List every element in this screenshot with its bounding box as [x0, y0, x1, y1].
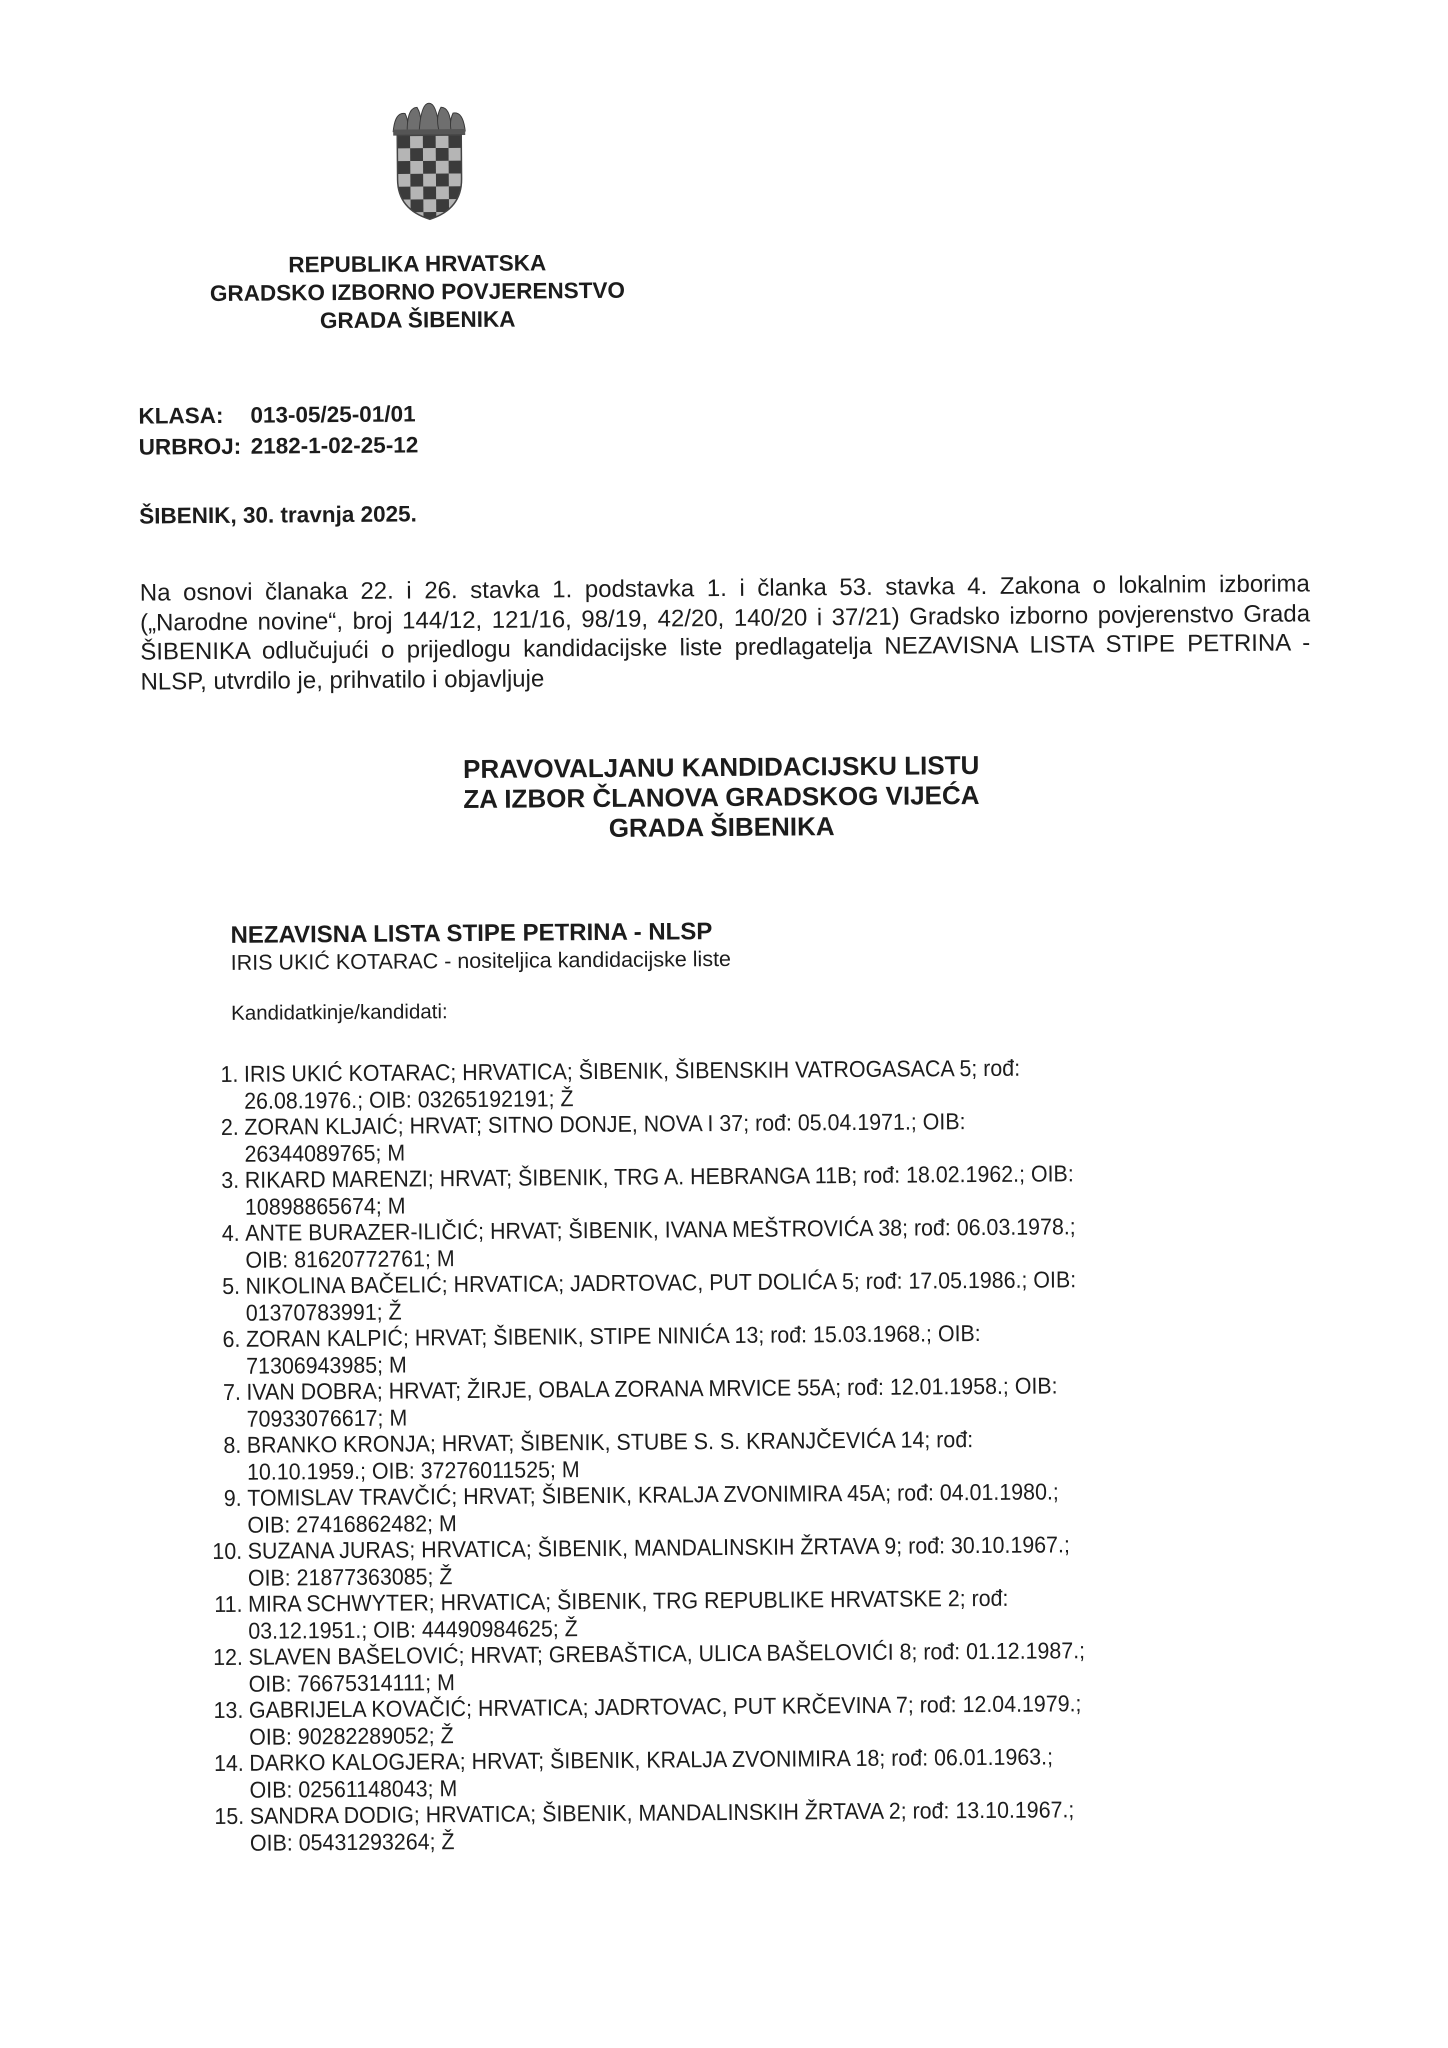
- candidate-number: 15.: [214, 1803, 250, 1856]
- document-reference: KLASA:013-05/25-01/01 URBROJ:2182-1-02-2…: [138, 398, 419, 531]
- candidate-details: RIKARD MARENZI; HRVAT; ŠIBENIK, TRG A. H…: [245, 1159, 1252, 1220]
- place-date: ŠIBENIK, 30. travnja 2025.: [139, 498, 419, 531]
- candidate-number: 8.: [211, 1432, 247, 1485]
- document-page: REPUBLIKA HRVATSKA GRADSKO IZBORNO POVJE…: [0, 0, 1448, 2048]
- candidate-item: 7.IVAN DOBRA; HRVAT; ŽIRJE, OBALA ZORANA…: [211, 1371, 1253, 1432]
- candidate-line-1: ZORAN KALPIĆ; HRVAT; ŠIBENIK, STIPE NINI…: [246, 1320, 981, 1352]
- candidate-number: 13.: [213, 1697, 249, 1750]
- candidate-number: 5.: [210, 1273, 246, 1326]
- candidate-line-1: ZORAN KLJAIĆ; HRVAT; SITNO DONJE, NOVA I…: [244, 1108, 965, 1140]
- candidates-label: Kandidatkinje/kandidati:: [231, 998, 731, 1026]
- candidate-number: 12.: [213, 1644, 249, 1697]
- list-holder: IRIS UKIĆ KOTARAC - nositeljica kandidac…: [231, 946, 731, 976]
- title-line: ZA IZBOR ČLANOVA GRADSKOG VIJEĆA: [381, 779, 1061, 814]
- candidate-number: 11.: [213, 1591, 249, 1644]
- candidate-details: ZORAN KALPIĆ; HRVAT; ŠIBENIK, STIPE NINI…: [246, 1318, 1253, 1379]
- klasa-label: KLASA:: [138, 400, 250, 432]
- candidate-item: 3.RIKARD MARENZI; HRVAT; ŠIBENIK, TRG A.…: [209, 1159, 1251, 1220]
- candidate-line-1: IRIS UKIĆ KOTARAC; HRVATICA; ŠIBENIK, ŠI…: [244, 1055, 1020, 1087]
- urbroj-value: 2182-1-02-25-12: [251, 432, 419, 458]
- header-line: REPUBLIKA HRVATSKA: [177, 249, 657, 281]
- candidate-item: 8.BRANKO KRONJA; HRVAT; ŠIBENIK, STUBE S…: [211, 1424, 1253, 1485]
- candidate-number: 10.: [212, 1538, 248, 1591]
- candidate-line-1: MIRA SCHWYTER; HRVATICA; ŠIBENIK, TRG RE…: [248, 1585, 1008, 1617]
- candidate-line-1: BRANKO KRONJA; HRVAT; ŠIBENIK, STUBE S. …: [247, 1426, 973, 1458]
- candidate-details: MIRA SCHWYTER; HRVATICA; ŠIBENIK, TRG RE…: [248, 1583, 1255, 1644]
- candidate-details: IRIS UKIĆ KOTARAC; HRVATICA; ŠIBENIK, ŠI…: [244, 1053, 1251, 1114]
- candidate-list: 1.IRIS UKIĆ KOTARAC; HRVATICA; ŠIBENIK, …: [208, 1053, 1256, 1856]
- candidate-item: 14.DARKO KALOGJERA; HRVAT; ŠIBENIK, KRAL…: [214, 1742, 1256, 1803]
- candidate-number: 14.: [214, 1750, 250, 1803]
- candidate-item: 2.ZORAN KLJAIĆ; HRVAT; SITNO DONJE, NOVA…: [209, 1106, 1251, 1167]
- candidate-details: IVAN DOBRA; HRVAT; ŽIRJE, OBALA ZORANA M…: [246, 1371, 1253, 1432]
- title-line: GRADA ŠIBENIKA: [382, 809, 1062, 844]
- candidate-details: ANTE BURAZER-ILIČIĆ; HRVAT; ŠIBENIK, IVA…: [245, 1212, 1252, 1273]
- candidate-number: 7.: [211, 1379, 247, 1432]
- candidate-item: 13.GABRIJELA KOVAČIĆ; HRVATICA; JADRTOVA…: [213, 1689, 1255, 1750]
- candidate-list-header: NEZAVISNA LISTA STIPE PETRINA - NLSP IRI…: [230, 918, 731, 1026]
- candidate-item: 9.TOMISLAV TRAVČIĆ; HRVAT; ŠIBENIK, KRAL…: [212, 1477, 1254, 1538]
- candidate-details: TOMISLAV TRAVČIĆ; HRVAT; ŠIBENIK, KRALJA…: [247, 1477, 1254, 1538]
- candidate-item: 12.SLAVEN BAŠELOVIĆ; HRVAT; GREBAŠTICA, …: [213, 1636, 1255, 1697]
- urbroj-label: URBROJ:: [139, 431, 251, 463]
- candidate-item: 15.SANDRA DODIG; HRVATICA; ŠIBENIK, MAND…: [214, 1795, 1256, 1856]
- candidate-number: 4.: [210, 1220, 246, 1273]
- candidate-number: 1.: [208, 1061, 244, 1114]
- header-line: GRADSKO IZBORNO POVJERENSTVO: [177, 277, 657, 309]
- candidate-item: 5.NIKOLINA BAČELIĆ; HRVATICA; JADRTOVAC,…: [210, 1265, 1252, 1326]
- document-title: PRAVOVALJANU KANDIDACIJSKU LISTU ZA IZBO…: [381, 749, 1062, 844]
- klasa-row: KLASA:013-05/25-01/01: [138, 398, 418, 431]
- candidate-details: SUZANA JURAS; HRVATICA; ŠIBENIK, MANDALI…: [248, 1530, 1255, 1591]
- candidate-details: GABRIJELA KOVAČIĆ; HRVATICA; JADRTOVAC, …: [249, 1689, 1256, 1750]
- candidate-item: 1.IRIS UKIĆ KOTARAC; HRVATICA; ŠIBENIK, …: [208, 1053, 1250, 1114]
- intro-paragraph: Na osnovi članaka 22. i 26. stavka 1. po…: [140, 569, 1311, 696]
- candidate-item: 6.ZORAN KALPIĆ; HRVAT; ŠIBENIK, STIPE NI…: [211, 1318, 1253, 1379]
- candidate-number: 9.: [212, 1485, 248, 1538]
- candidate-item: 4.ANTE BURAZER-ILIČIĆ; HRVAT; ŠIBENIK, I…: [210, 1212, 1252, 1273]
- candidate-number: 2.: [209, 1114, 245, 1167]
- issuer-header: REPUBLIKA HRVATSKA GRADSKO IZBORNO POVJE…: [177, 249, 658, 337]
- candidate-details: BRANKO KRONJA; HRVAT; ŠIBENIK, STUBE S. …: [247, 1424, 1254, 1485]
- candidate-details: SANDRA DODIG; HRVATICA; ŠIBENIK, MANDALI…: [250, 1795, 1257, 1856]
- urbroj-row: URBROJ:2182-1-02-25-12: [139, 429, 419, 462]
- candidate-details: NIKOLINA BAČELIĆ; HRVATICA; JADRTOVAC, P…: [245, 1265, 1252, 1326]
- header-line: GRADA ŠIBENIKA: [178, 305, 658, 337]
- candidate-number: 6.: [211, 1326, 247, 1379]
- candidate-item: 10.SUZANA JURAS; HRVATICA; ŠIBENIK, MAND…: [212, 1530, 1254, 1591]
- candidate-details: DARKO KALOGJERA; HRVAT; ŠIBENIK, KRALJA …: [249, 1742, 1256, 1803]
- croatian-coat-of-arms-icon: [379, 97, 480, 224]
- klasa-value: 013-05/25-01/01: [250, 401, 415, 427]
- party-name: NEZAVISNA LISTA STIPE PETRINA - NLSP: [230, 918, 730, 950]
- candidate-item: 11.MIRA SCHWYTER; HRVATICA; ŠIBENIK, TRG…: [213, 1583, 1255, 1644]
- candidate-details: SLAVEN BAŠELOVIĆ; HRVAT; GREBAŠTICA, ULI…: [248, 1636, 1255, 1697]
- candidate-details: ZORAN KLJAIĆ; HRVAT; SITNO DONJE, NOVA I…: [244, 1106, 1251, 1167]
- candidate-number: 3.: [209, 1167, 245, 1220]
